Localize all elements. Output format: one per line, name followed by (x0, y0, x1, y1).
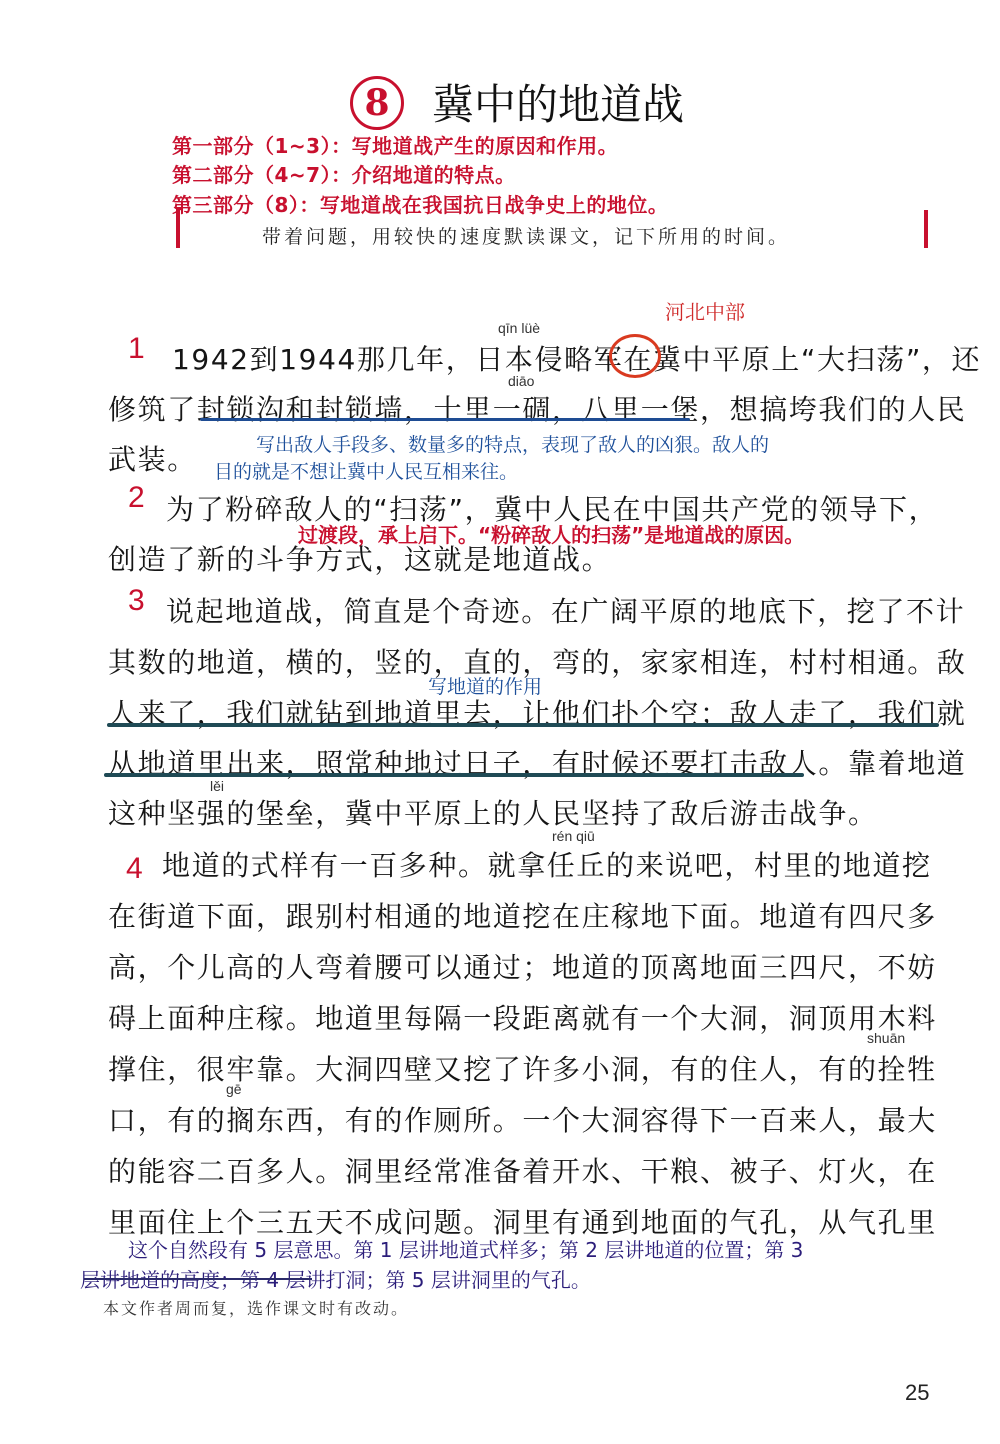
p1-line-1: 1942到1944那几年，日本侵略军在冀中平原上“大扫荡”，还 (172, 338, 981, 378)
lesson-number: 8 (364, 82, 389, 124)
part-three-summary: 第三部分（8）：写地道战在我国抗日战争史上的地位。 (172, 189, 668, 218)
paragraph-number-2: 2 (128, 481, 145, 515)
pinyin-shuan: shuān (867, 1030, 905, 1046)
page-number: 25 (905, 1380, 929, 1406)
page-title: 冀中的地道战 (432, 72, 684, 132)
p1-line-2: 修筑了封锁沟和封锁墙，十里一碉，八里一堡，想搞垮我们的人民 (108, 388, 966, 428)
circle-mark-jizhong (609, 334, 661, 378)
p4-line-4: 碍上面种庄稼。地道里每隔一段距离就有一个大洞，洞顶用木料 (108, 997, 937, 1037)
right-margin-bar (924, 210, 928, 248)
p1-line-3: 武装。 (108, 438, 197, 478)
left-margin-bar (176, 208, 180, 248)
p3-line-1: 说起地道战，简直是个奇迹。在广阔平原的地底下，挖了不计 (166, 590, 965, 630)
reading-instruction: 带着问题，用较快的速度默读课文，记下所用的时间。 (262, 222, 790, 249)
pinyin-renqiu: rén qiū (552, 828, 595, 844)
author-footnote: 本文作者周而复，选作课文时有改动。 (103, 1296, 409, 1319)
annotation-hebei: 河北中部 (665, 296, 745, 325)
p4-line-6: 口，有的搁东西，有的作厕所。一个大洞容得下一百来人，最大 (108, 1099, 937, 1139)
paragraph-number-4: 4 (126, 852, 143, 886)
pinyin-ge: gē (226, 1081, 242, 1097)
p4-line-1: 地道的式样有一百多种。就拿任丘的来说吧，村里的地道挖 (162, 844, 932, 884)
part-two-summary: 第二部分（4~7）：介绍地道的特点。 (172, 159, 516, 188)
p1-note-line-2: 目的就是不想让冀中人民互相来往。 (214, 457, 518, 484)
p4-line-7: 的能容二百多人。洞里经常准备着开水、干粮、被子、灯火，在 (108, 1150, 937, 1190)
underline-blockade (200, 418, 690, 421)
underline-function-2 (104, 773, 804, 777)
p3-line-5: 这种坚强的堡垒，冀中平原上的人民坚持了敌后游击战争。 (108, 792, 878, 832)
paragraph-number-1: 1 (128, 332, 145, 366)
p4-line-3: 高，个儿高的人弯着腰可以通过；地道的顶离地面三四尺，不妨 (108, 946, 937, 986)
pinyin-diao: diāo (508, 373, 534, 389)
pinyin-qinlue: qīn lüè (498, 320, 540, 336)
strikethrough-mark (84, 1278, 312, 1280)
p1-note-line-1: 写出敌人手段多、数量多的特点，表现了敌人的凶狠。敌人的 (256, 430, 769, 457)
lesson-number-badge: 8 (350, 76, 404, 130)
part-one-summary: 第一部分（1~3）：写地道战产生的原因和作用。 (172, 130, 618, 159)
p4-line-2: 在街道下面，跟别村相通的地道挖在庄稼地下面。地道有四尺多 (108, 895, 937, 935)
underline-function-1 (107, 723, 939, 727)
p4-note-line-1: 这个自然段有 5 层意思。第 1 层讲地道式样多；第 2 层讲地道的位置；第 3 (128, 1234, 803, 1263)
paragraph-number-3: 3 (128, 584, 145, 618)
p2-line-2: 创造了新的斗争方式，这就是地道战。 (108, 538, 611, 578)
